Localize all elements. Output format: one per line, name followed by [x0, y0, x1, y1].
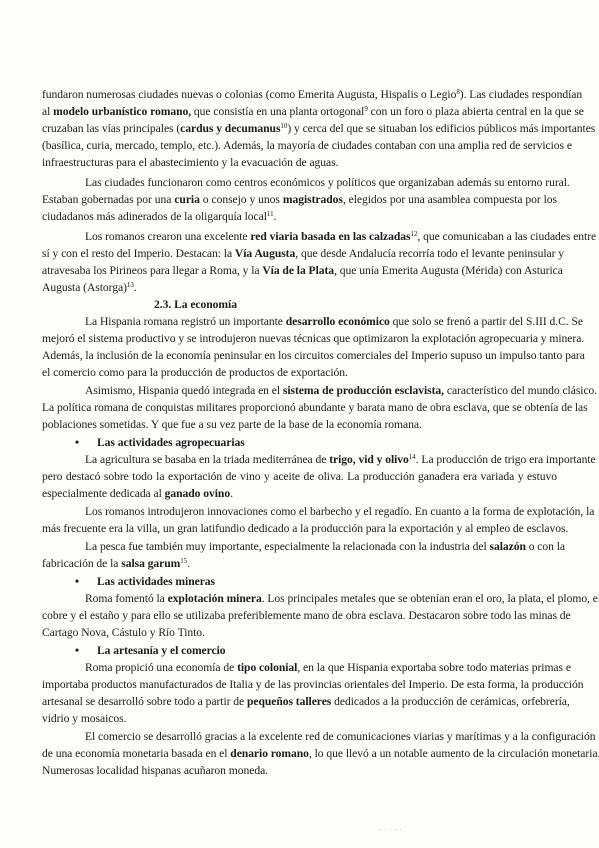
text-line: Cartago Nova, Cástulo y Río Tinto. [42, 626, 557, 640]
text-line: poblaciones sometidas. Y que fue a su ve… [42, 418, 557, 432]
text-line: vidrio y mosaicos. [42, 712, 557, 726]
text-line: artesanal se desarrolló sobre todo a par… [42, 695, 557, 709]
bullet-heading-artesania: •La artesanía y el comercio [75, 644, 475, 658]
text-line: pero destacó sobre todo la exportación d… [42, 470, 557, 484]
text-line: Roma propició una economía de tipo colon… [85, 661, 557, 675]
text-line: La agricultura se basaba en la triada me… [85, 453, 557, 467]
text-line: importaba productos manufacturados de It… [42, 678, 557, 692]
text-line: infraestructuras para el abastecimiento … [42, 156, 557, 170]
text-line: Los romanos introdujeron innovaciones co… [85, 505, 557, 519]
text-line: Numerosas localidad hispanas acuñaron mo… [42, 764, 557, 778]
text-line: Además, la inclusión de la economía peni… [42, 349, 557, 363]
text-line: Estaban gobernadas por una curia o conse… [42, 193, 557, 207]
document-page: fundaron numerosas ciudades nuevas o col… [0, 0, 599, 848]
text-line: Asimismo, Hispania quedó integrada en el… [85, 384, 557, 398]
text-line: fundaron numerosas ciudades nuevas o col… [42, 88, 557, 102]
bullet-icon: • [75, 575, 97, 589]
bullet-heading-agropecuarias: •Las actividades agropecuarias [75, 436, 475, 450]
text-line: La pesca fue también muy importante, esp… [85, 540, 557, 554]
text-line: el comercio como para la producción de p… [42, 366, 557, 380]
text-line: (basílica, curia, mercado, templo, etc.)… [42, 139, 557, 153]
text-line: Las ciudades funcionaron como centros ec… [85, 176, 557, 190]
text-line: La Hispania romana registró un important… [85, 315, 557, 329]
text-line: Augusta (Astorga)13. [42, 281, 557, 295]
text-line: al modelo urbanístico romano, que consis… [42, 105, 557, 119]
footer-mark: · · · · · [380, 828, 402, 833]
text-line: ciudadanos más adinerados de la oligarqu… [42, 210, 557, 224]
text-line: La política romana de conquistas militar… [42, 401, 557, 415]
text-line: de una economía monetaria basada en el d… [42, 747, 557, 761]
text-line: Los romanos crearon una excelente red vi… [85, 230, 557, 244]
text-line: atravesaba los Pirineos para llegar a Ro… [42, 264, 557, 278]
text-line: cruzaban las vías principales (cardus y … [42, 122, 557, 136]
text-line: cobre y el estaño y para ello se utiliza… [42, 609, 557, 623]
bullet-icon: • [75, 644, 97, 658]
text-line: sí y con el resto del Imperio. Destacan:… [42, 247, 557, 261]
text-line: mejoró el sistema productivo y se introd… [42, 332, 557, 346]
text-line: Roma fomentó la explotación minera. Los … [85, 592, 557, 606]
text-line: especialmente dedicada al ganado ovino. [42, 487, 557, 501]
bullet-heading-mineras: •Las actividades mineras [75, 575, 475, 589]
text-line: fabricación de la salsa garum15. [42, 557, 557, 571]
section-heading: 2.3. La economía [154, 298, 454, 312]
text-line: más frecuente era la villa, un gran lati… [42, 522, 557, 536]
bullet-icon: • [75, 436, 97, 450]
text-line: El comercio se desarrolló gracias a la e… [85, 730, 557, 744]
